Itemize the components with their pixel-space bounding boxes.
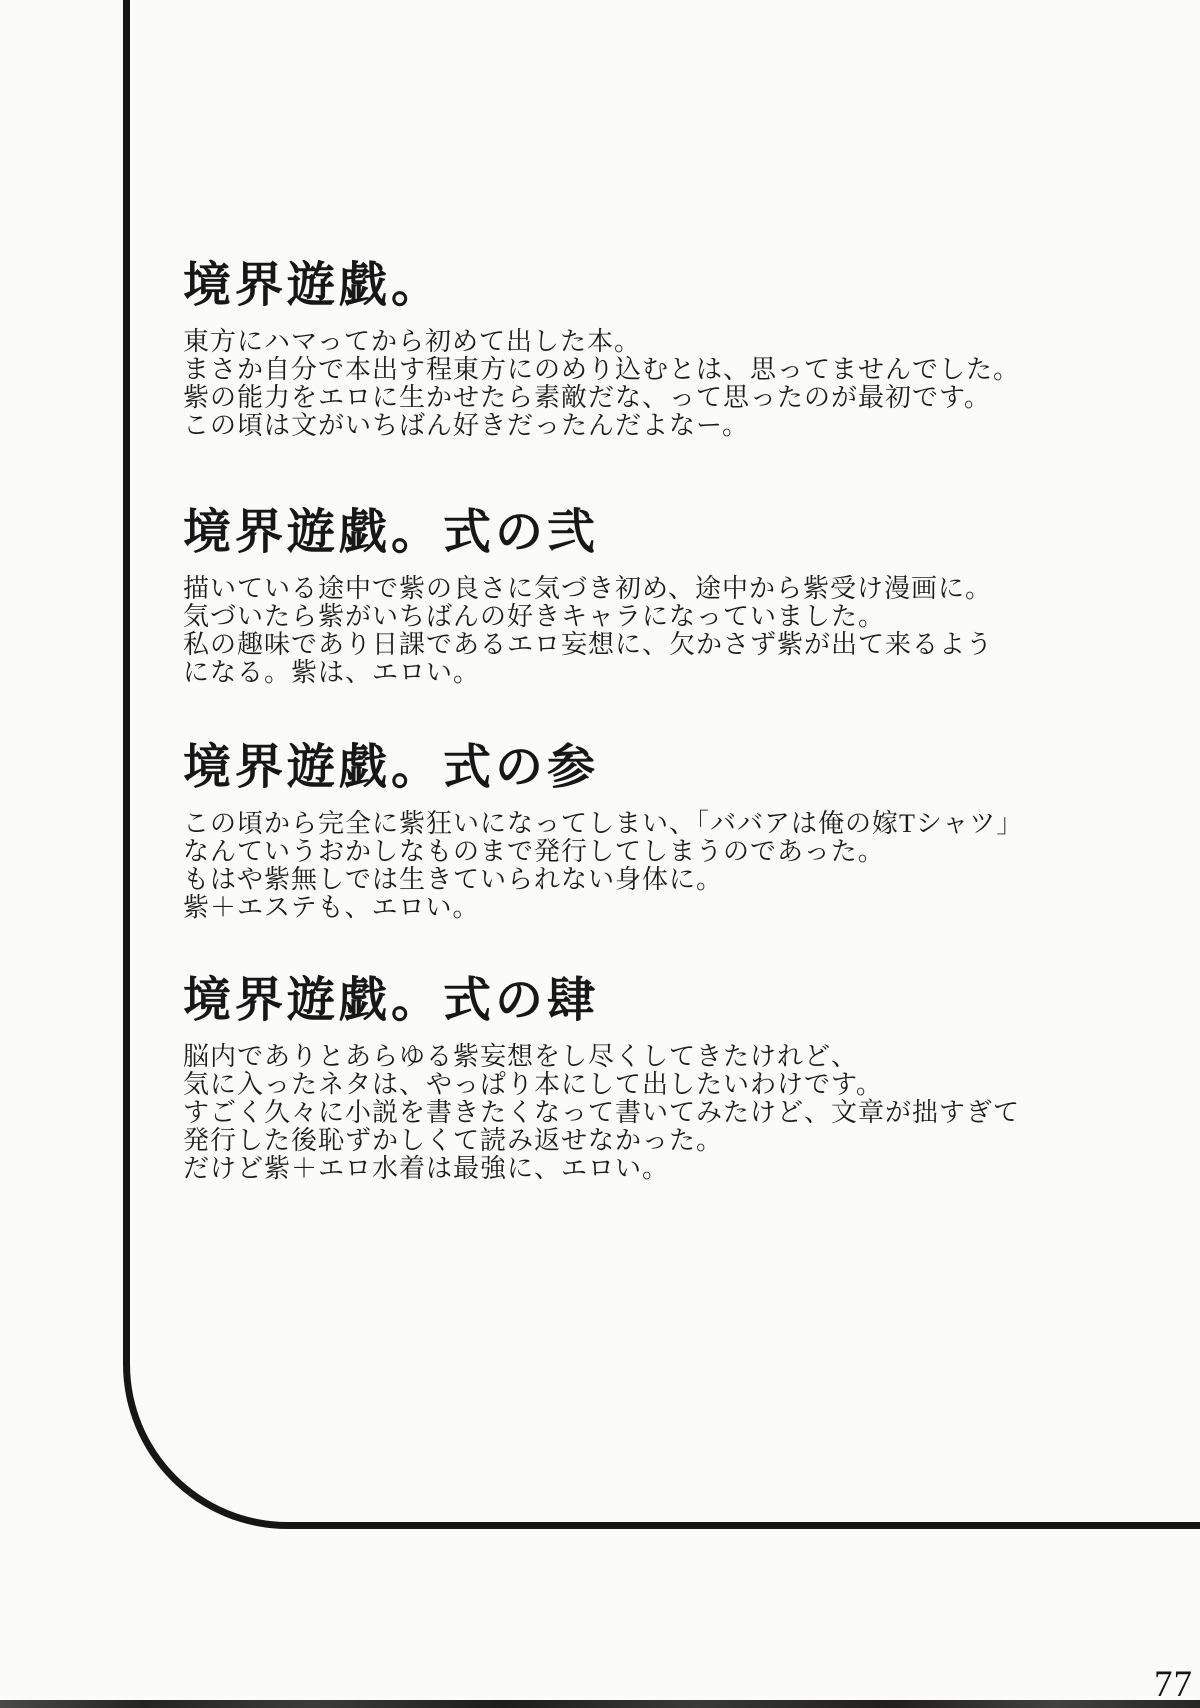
section-heading: 境界遊戯。式の肆 (183, 976, 1020, 1026)
body-line: 私の趣味であり日課であるエロ妄想に、欠かさず紫が出て来るよう (183, 631, 993, 659)
body-line: すごく久々に小説を書きたくなって書いてみたけど、文章が拙すぎて (183, 1099, 1020, 1127)
section-kyoukai-yuugi-2: 境界遊戯。式の弐 描いている途中で紫の良さに気づき初め、途中から紫受け漫画に。 … (183, 508, 993, 687)
body-line: 気に入ったネタは、やっぱり本にして出したいわけです。 (183, 1071, 1020, 1099)
body-line: だけど紫＋エロ水着は最強に、エロい。 (183, 1155, 1020, 1183)
section-kyoukai-yuugi-4: 境界遊戯。式の肆 脳内でありとあらゆる紫妄想をし尽くしてきたけれど、 気に入った… (183, 976, 1020, 1183)
body-line: 紫＋エステも、エロい。 (183, 894, 1023, 922)
section-body: 脳内でありとあらゆる紫妄想をし尽くしてきたけれど、 気に入ったネタは、やっぱり本… (183, 1043, 1020, 1183)
section-kyoukai-yuugi-1: 境界遊戯。 東方にハマってから初めて出した本。 まさか自分で本出す程東方にのめり… (183, 261, 1020, 440)
section-body: 東方にハマってから初めて出した本。 まさか自分で本出す程東方にのめり込むとは、思… (183, 328, 1020, 440)
body-line: もはや紫無しでは生きていられない身体に。 (183, 866, 1023, 894)
body-line: になる。紫は、エロい。 (183, 659, 993, 687)
body-line: この頃は文がいちばん好きだったんだよなー。 (183, 412, 1020, 440)
section-heading: 境界遊戯。式の参 (183, 743, 1023, 793)
body-line: まさか自分で本出す程東方にのめり込むとは、思ってませんでした。 (183, 356, 1020, 384)
body-line: 発行した後恥ずかしくて読み返せなかった。 (183, 1127, 1020, 1155)
body-line: 描いている途中で紫の良さに気づき初め、途中から紫受け漫画に。 (183, 575, 993, 603)
section-body: 描いている途中で紫の良さに気づき初め、途中から紫受け漫画に。 気づいたら紫がいち… (183, 575, 993, 687)
section-heading: 境界遊戯。 (183, 261, 1020, 311)
body-line: 脳内でありとあらゆる紫妄想をし尽くしてきたけれど、 (183, 1043, 1020, 1071)
body-line: なんていうおかしなものまで発行してしまうのであった。 (183, 838, 1023, 866)
body-line: 紫の能力をエロに生かせたら素敵だな、って思ったのが最初です。 (183, 384, 1020, 412)
scan-bottom-edge (0, 1700, 1200, 1708)
body-line: この頃から完全に紫狂いになってしまい、「ババアは俺の嫁Tシャツ」 (183, 810, 1023, 838)
page-number: 77 (1154, 1666, 1193, 1704)
body-line: 気づいたら紫がいちばんの好きキャラになっていました。 (183, 603, 993, 631)
section-heading: 境界遊戯。式の弐 (183, 508, 993, 558)
section-body: この頃から完全に紫狂いになってしまい、「ババアは俺の嫁Tシャツ」 なんていうおか… (183, 810, 1023, 922)
body-line: 東方にハマってから初めて出した本。 (183, 328, 1020, 356)
section-kyoukai-yuugi-3: 境界遊戯。式の参 この頃から完全に紫狂いになってしまい、「ババアは俺の嫁Tシャツ… (183, 743, 1023, 922)
